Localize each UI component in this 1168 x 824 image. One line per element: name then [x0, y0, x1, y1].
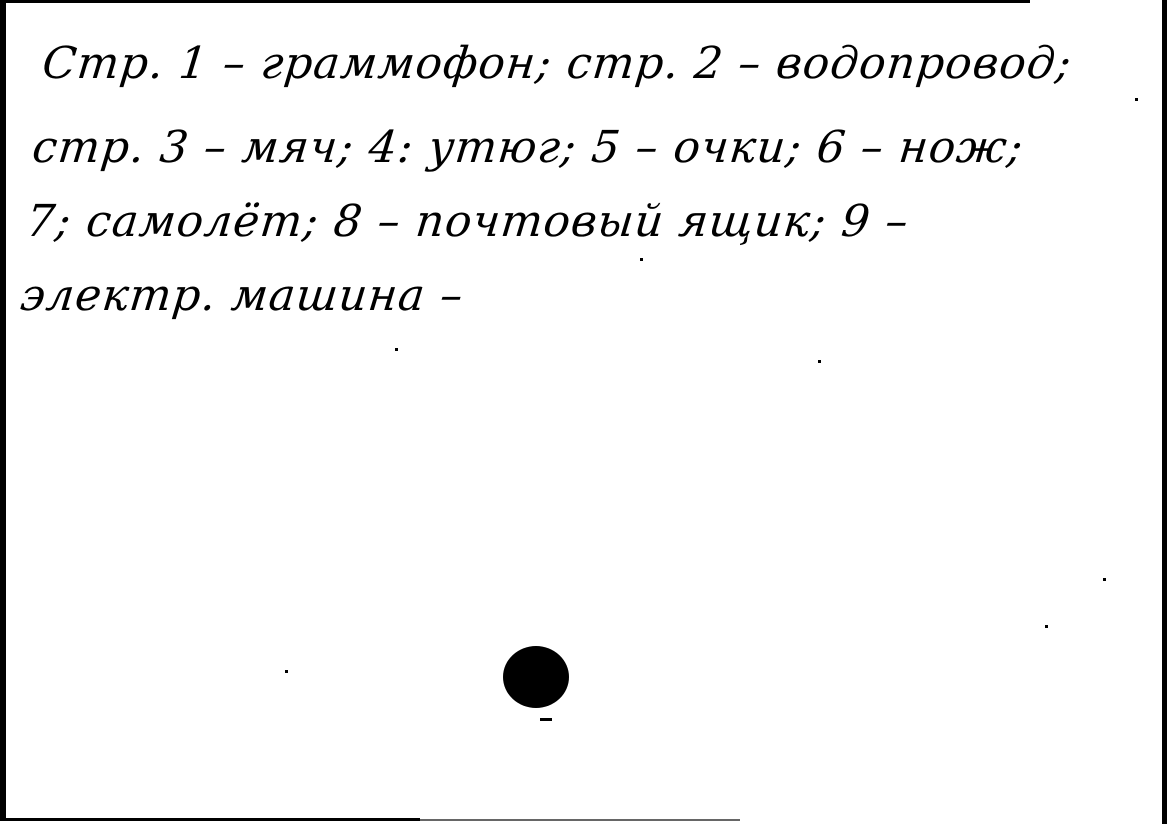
card-bottom-edge: [0, 818, 420, 821]
card-bottom-edge-faint: [420, 819, 740, 821]
scan-speck: [1103, 578, 1106, 581]
scan-speck: [540, 718, 552, 721]
handwritten-line-1: Стр. 1 – граммофон; стр. 2 – водопровод;: [40, 38, 1074, 89]
handwritten-line-4: электр. машина –: [18, 270, 466, 321]
scan-speck: [1045, 625, 1048, 628]
card-top-edge: [0, 0, 1030, 3]
handwritten-line-2: стр. 3 – мяч; 4: утюг; 5 – очки; 6 – нож…: [30, 122, 1026, 173]
catalog-card: Стр. 1 – граммофон; стр. 2 – водопровод;…: [0, 0, 1168, 824]
scan-speck: [395, 348, 398, 351]
punch-hole: [503, 646, 569, 708]
handwritten-line-3: 7; самолёт; 8 – почтовый ящик; 9 –: [24, 196, 911, 247]
scan-speck: [818, 360, 821, 363]
scan-speck: [285, 670, 288, 673]
card-left-edge: [0, 2, 6, 820]
scan-speck: [640, 258, 643, 261]
scan-speck: [1135, 98, 1138, 101]
card-right-edge: [1162, 0, 1167, 824]
